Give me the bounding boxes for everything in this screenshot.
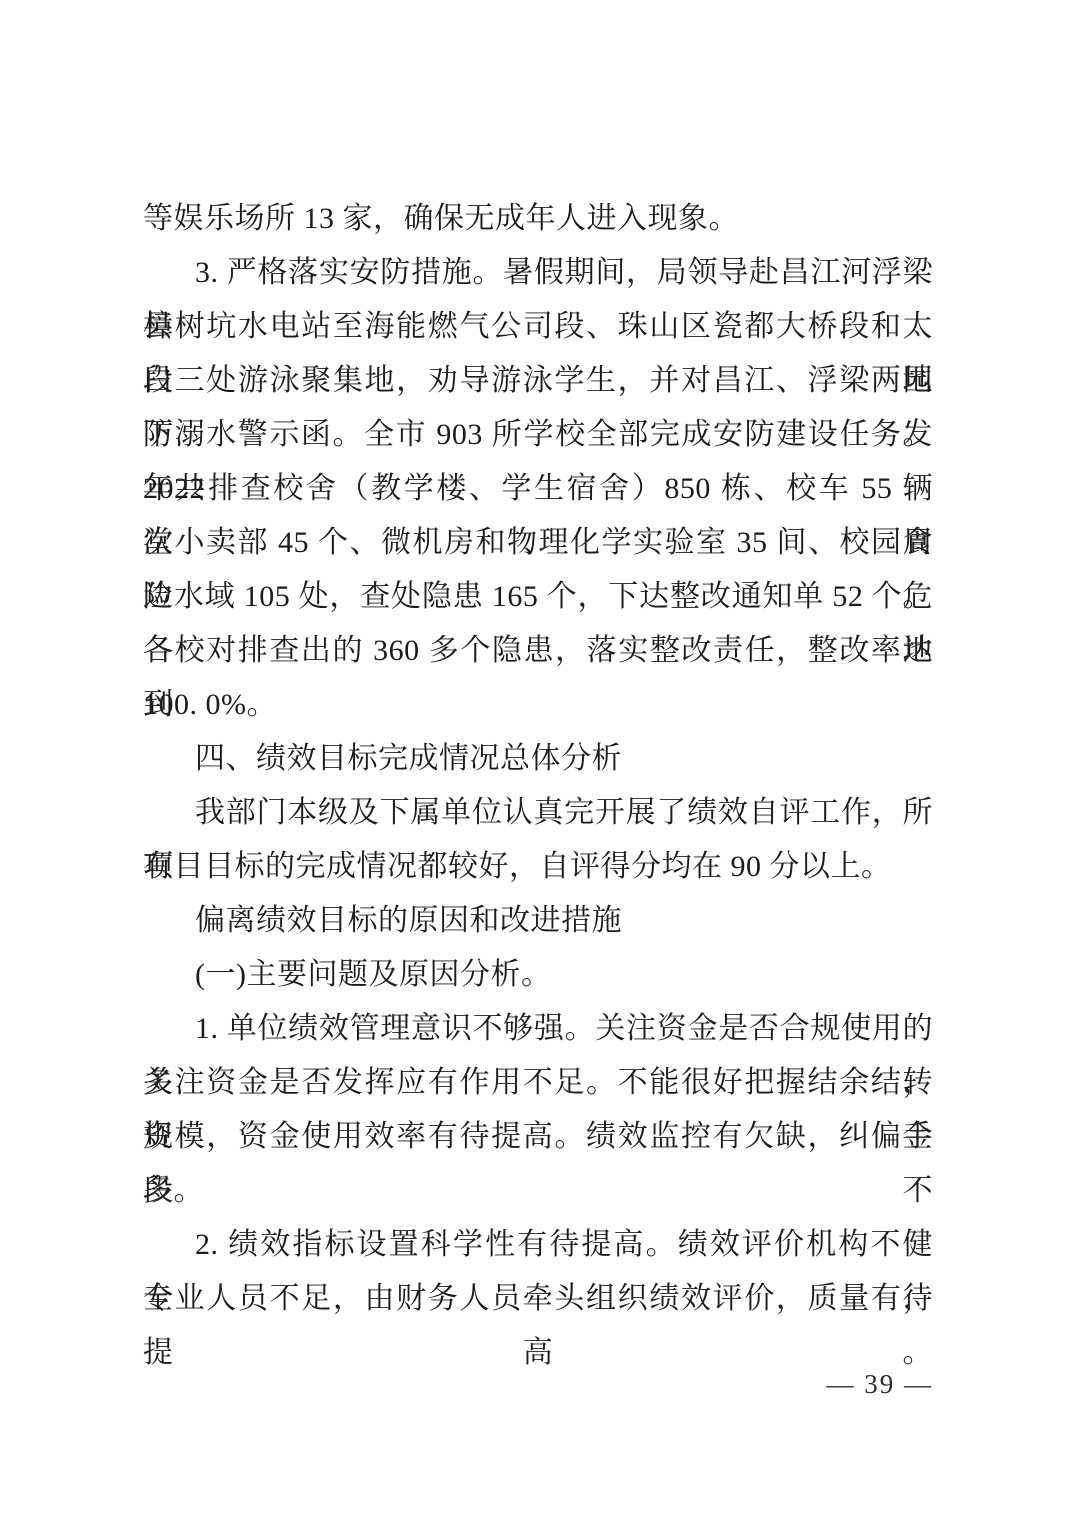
text-line: 段三处游泳聚集地，劝导游泳学生，并对昌江、浮梁两地下发 [143,354,933,408]
text-line: 各校对排查出的 360 多个隐患，落实整改责任，整改率达到 [143,624,933,678]
text-line: 防溺水警示函。全市 903 所学校全部完成安防建设任务。2022 [143,408,933,462]
text-line-paragraph-start: 3. 严格落实安防措施。暑假期间，局领导赴昌江河浮梁县 [143,246,933,300]
text-line: 关注资金是否发挥应有作用不足。不能很好把握结余结转资金 [143,1056,933,1110]
page-number: — 39 — [143,1366,933,1402]
text-line-paragraph-start: 2. 绩效指标设置科学性有待提高。绩效评价机构不健全， [143,1218,933,1272]
sub-heading: (一)主要问题及原因分析。 [143,948,933,1002]
text-line: 年共排查校舍（教学楼、学生宿舍）850 栋、校车 55 辆次、食 [143,462,933,516]
section-heading: 四、绩效目标完成情况总体分析 [143,732,933,786]
text-line: 100. 0%。 [143,678,933,732]
text-line: 樟树坑水电站至海能燃气公司段、珠山区瓷都大桥段和太白园 [143,300,933,354]
text-line: 堂小卖部 45 个、微机房和物理化学实验室 35 间、校园周边危 [143,516,933,570]
text-line: 等娱乐场所 13 家，确保无成年人进入现象。 [143,192,933,246]
text-line-paragraph-start: 1. 单位绩效管理意识不够强。关注资金是否合规使用的多， [143,1002,933,1056]
text-line-paragraph-start: 我部门本级及下属单位认真完开展了绩效自评工作，所有 [143,786,933,840]
text-line: 险水域 105 处，查处隐患 165 个，下达整改通知单 52 个。各地 [143,570,933,624]
sub-heading: 偏离绩效目标的原因和改进措施 [143,894,933,948]
text-line: 规模，资金使用效率有待提高。绩效监控有欠缺，纠偏手段不 [143,1110,933,1164]
document-body: 等娱乐场所 13 家，确保无成年人进入现象。 3. 严格落实安防措施。暑假期间，… [143,192,933,1326]
text-line: 专业人员不足，由财务人员牵头组织绩效评价，质量有待提高。 [143,1272,933,1326]
document-page: 等娱乐场所 13 家，确保无成年人进入现象。 3. 严格落实安防措施。暑假期间，… [0,0,1074,1520]
text-line: 项目目标的完成情况都较好，自评得分均在 90 分以上。 [143,840,933,894]
